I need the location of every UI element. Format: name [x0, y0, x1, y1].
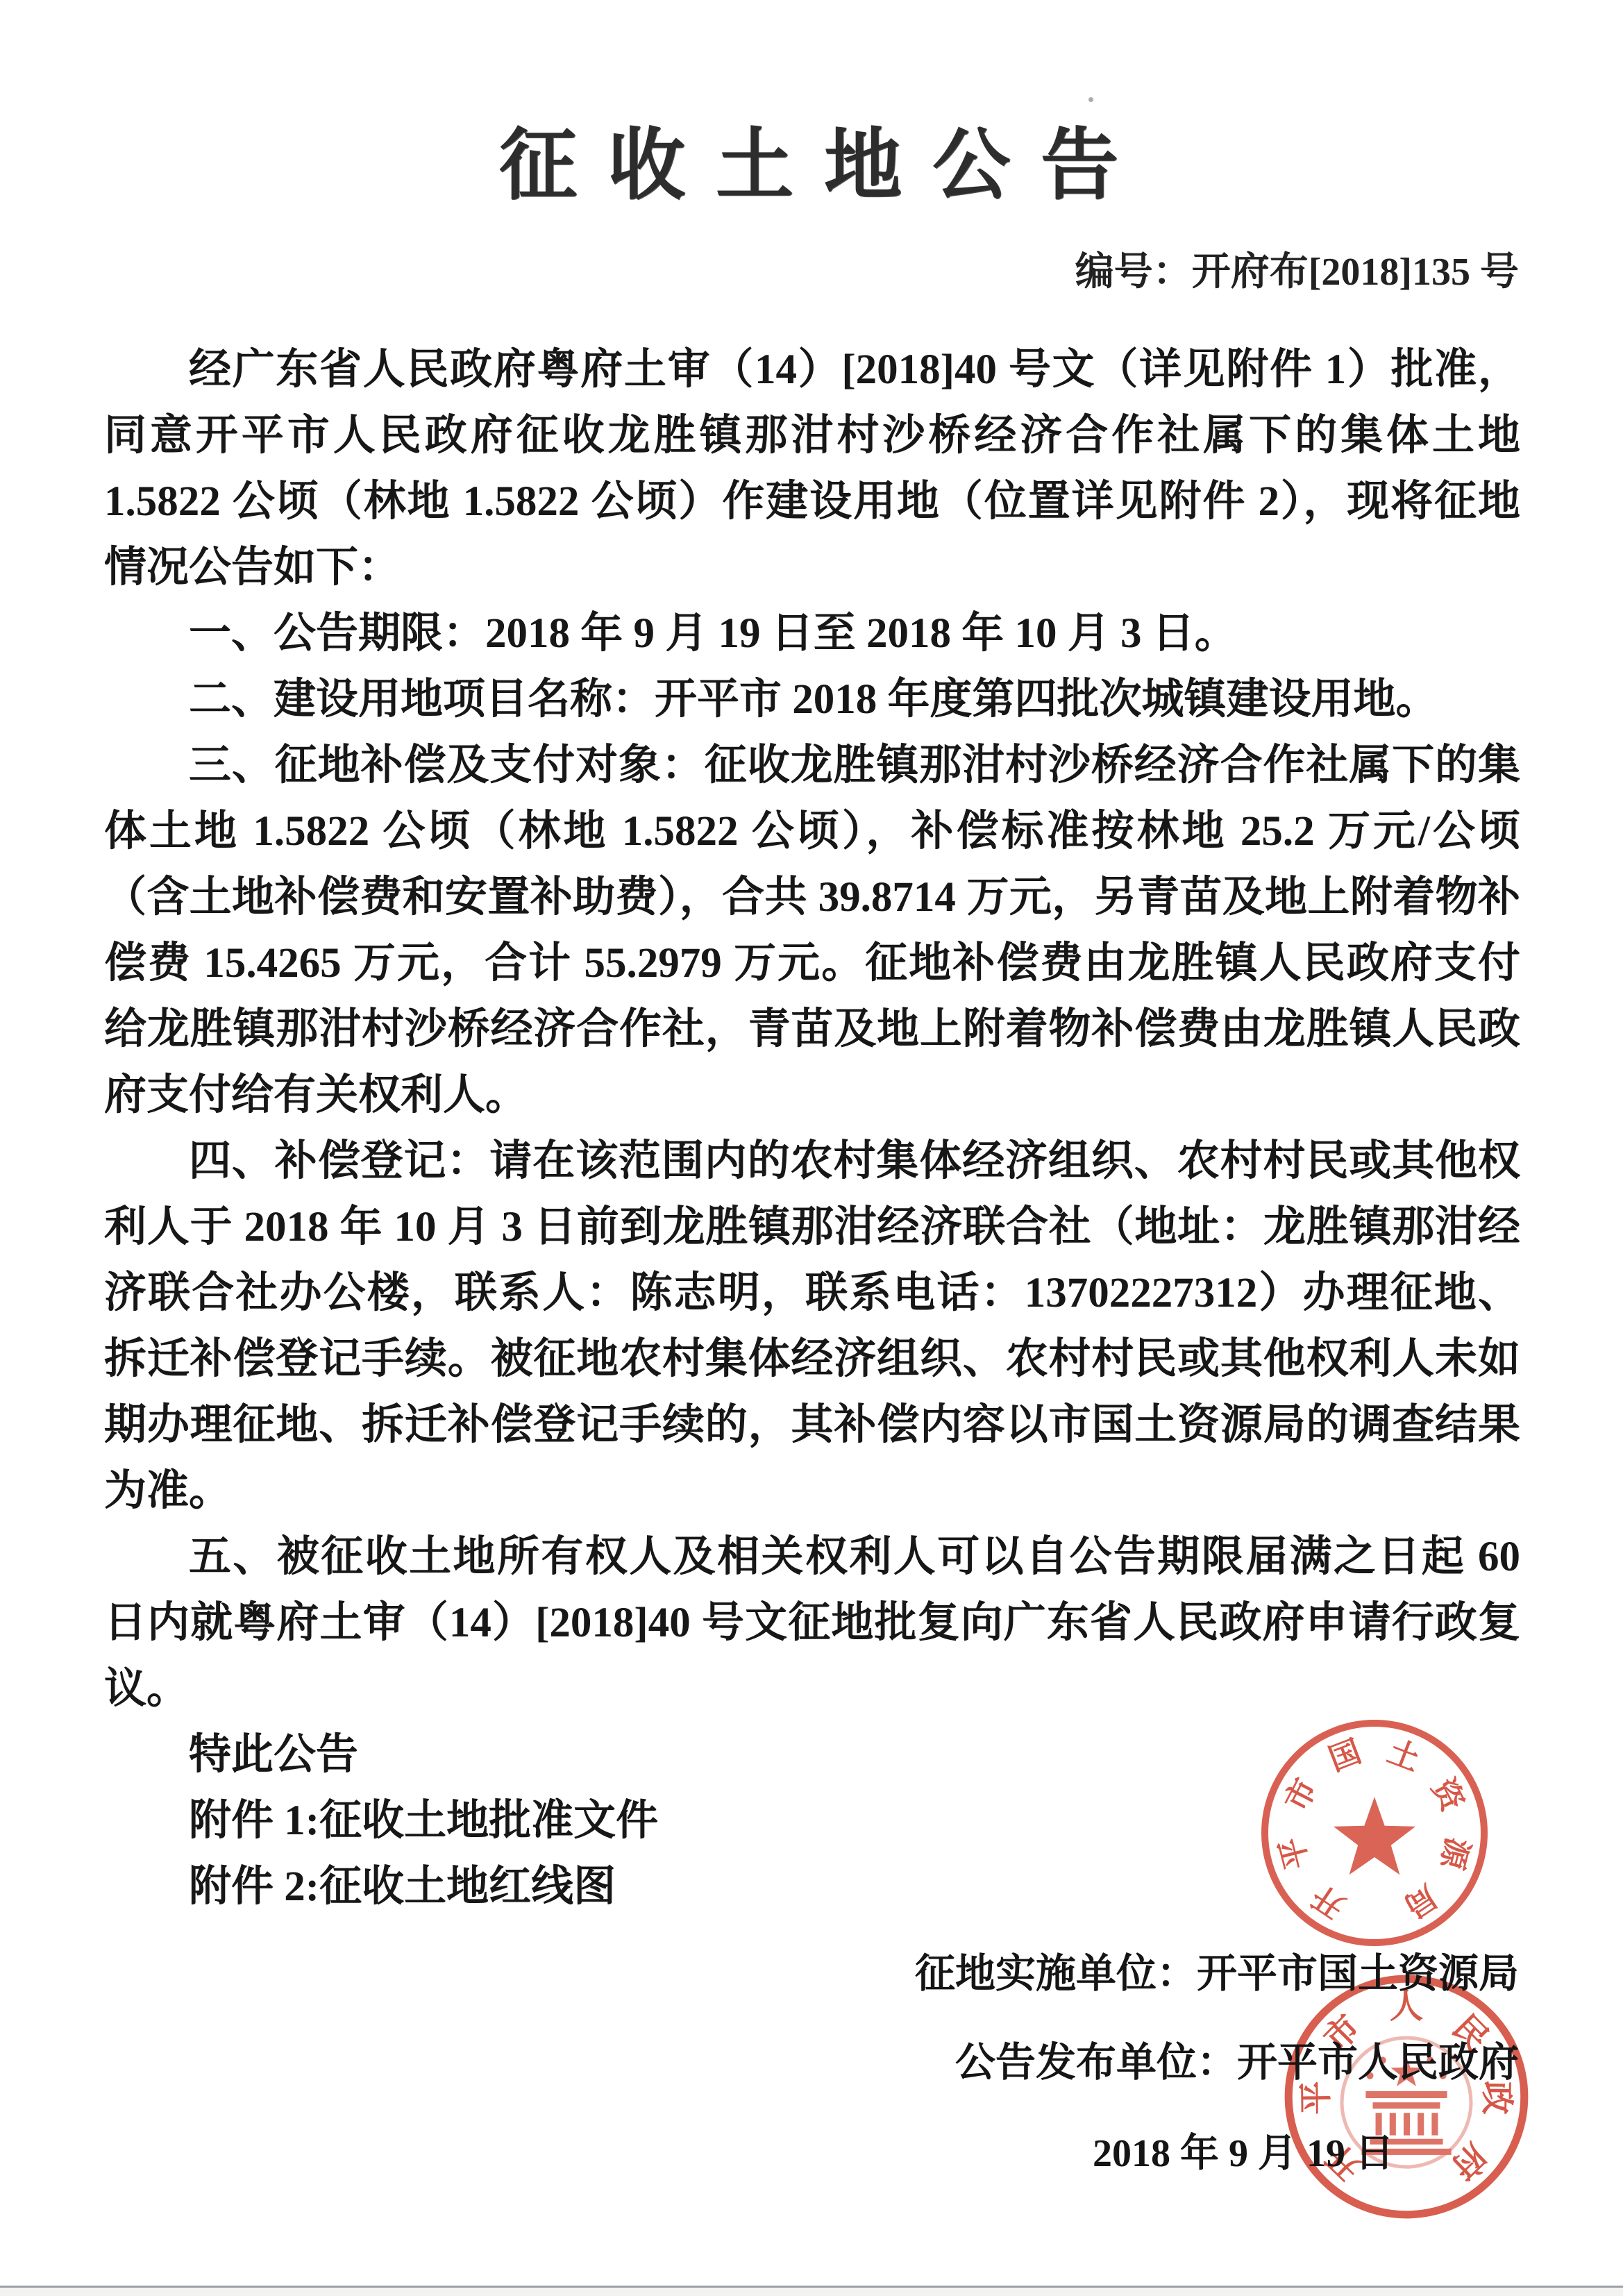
- issue-date: 2018 年 9 月 19 日: [0, 2122, 1623, 2178]
- issue-unit-line: 公告发布单位：开平市人民政府: [0, 2029, 1623, 2088]
- body-paragraph: 五、被征收土地所有权人及相关权利人可以自公告期限届满之日起 60 日内就粤府土审…: [104, 1524, 1520, 1722]
- body-paragraph: 四、补偿登记：请在该范围内的农村集体经济组织、农村村民或其他权利人于 2018 …: [104, 1128, 1520, 1524]
- closing-statement: 特此公告: [104, 1722, 1520, 1788]
- body-paragraph: 二、建设用地项目名称：开平市 2018 年度第四批次城镇建设用地。: [104, 667, 1520, 732]
- attachment-line: 附件 1:征收土地批准文件: [104, 1788, 1520, 1854]
- body-paragraph: 一、公告期限：2018 年 9 月 19 日至 2018 年 10 月 3 日。: [104, 601, 1520, 667]
- scan-edge-foot: [0, 2288, 1623, 2296]
- doc-number: 编号：开府布[2018]135 号: [0, 241, 1623, 296]
- closing-block: 特此公告 附件 1:征收土地批准文件 附件 2:征收土地红线图: [0, 1722, 1623, 1920]
- body-text: 经广东省人民政府粤府土审（14）[2018]40 号文（详见附件 1）批准，同意…: [0, 337, 1623, 1722]
- page-title: 征 收 土 地 公 告: [0, 103, 1623, 215]
- paper-speck: [1088, 97, 1093, 102]
- document-content: 征 收 土 地 公 告 编号：开府布[2018]135 号 经广东省人民政府粤府…: [0, 103, 1623, 2178]
- attachment-line: 附件 2:征收土地红线图: [104, 1854, 1520, 1920]
- body-paragraph: 经广东省人民政府粤府土审（14）[2018]40 号文（详见附件 1）批准，同意…: [104, 337, 1520, 601]
- implement-unit-line: 征地实施单位：开平市国土资源局: [0, 1941, 1623, 1999]
- scanned-announcement-page: 征 收 土 地 公 告 编号：开府布[2018]135 号 经广东省人民政府粤府…: [0, 0, 1623, 2296]
- body-paragraph: 三、征地补偿及支付对象：征收龙胜镇那泔村沙桥经济合作社属下的集体土地 1.582…: [104, 732, 1520, 1128]
